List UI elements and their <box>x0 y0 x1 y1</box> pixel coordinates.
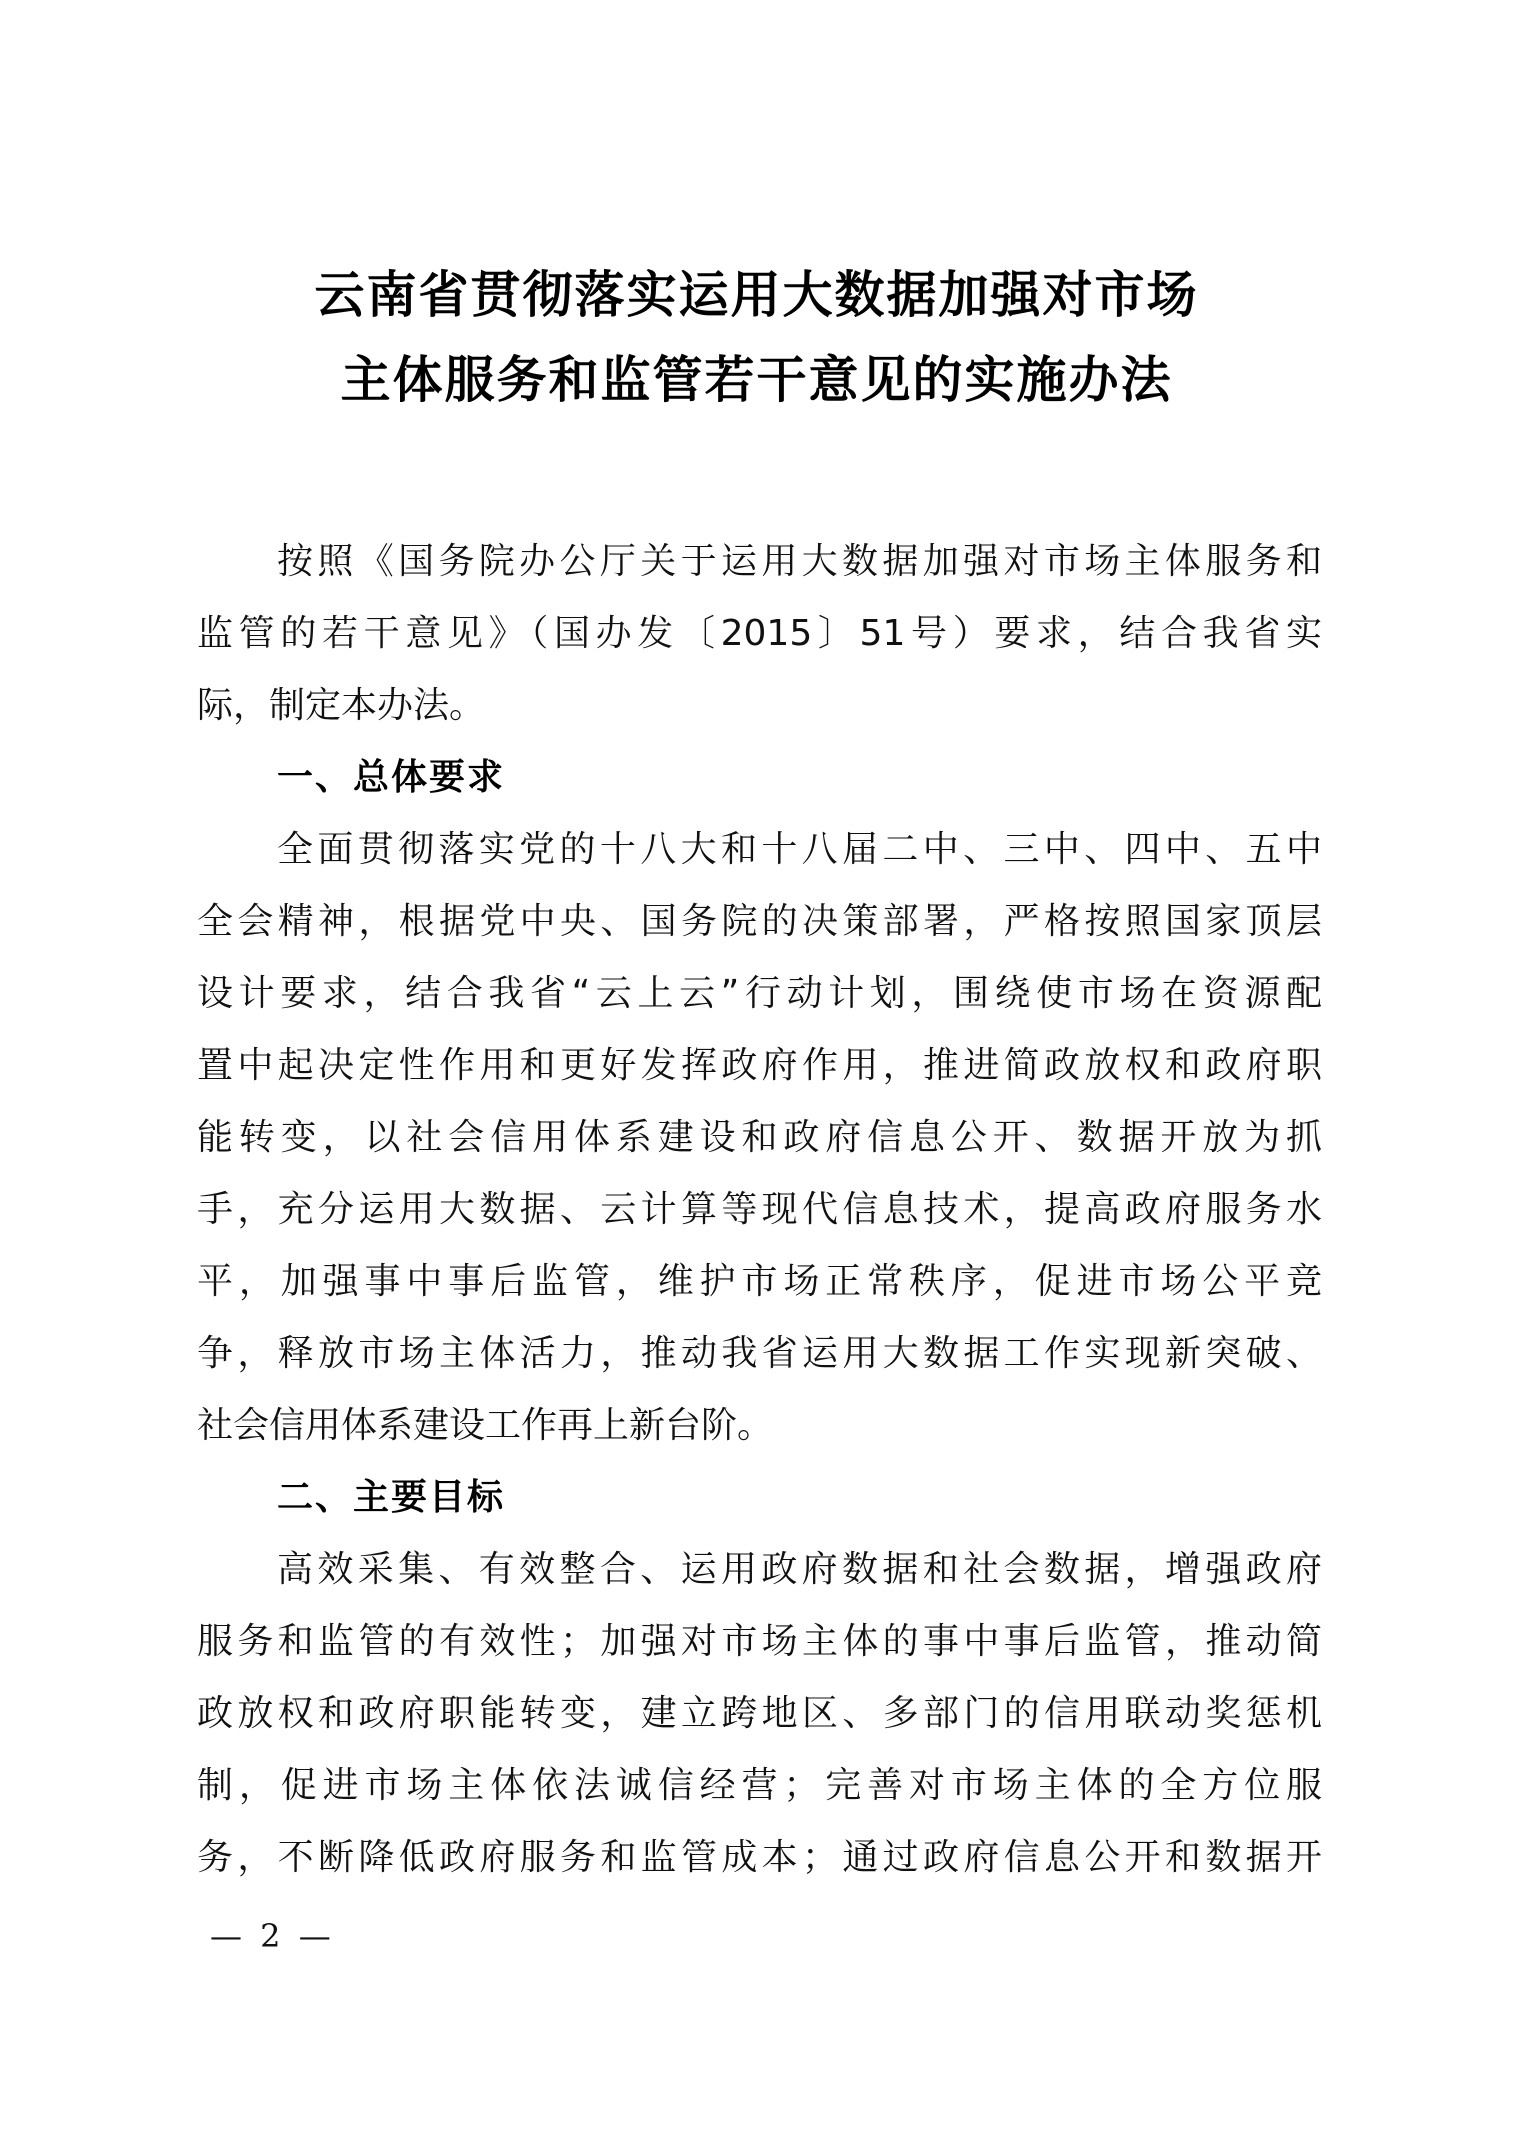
page-number: — 2 — <box>210 1917 335 1955</box>
body-line: 能转变，以社会信用体系建设和政府信息公开、数据开放为抓 <box>197 1116 1322 1160</box>
section-heading-general-requirements: 一、总体要求 <box>277 756 505 800</box>
intro-line: 按照《国务院办公厅关于运用大数据加强对市场主体服务和 <box>277 540 1322 584</box>
body-line: 服务和监管的有效性；加强对市场主体的事中事后监管，推动简 <box>197 1620 1322 1664</box>
body-line: 高效采集、有效整合、运用政府数据和社会数据，增强政府 <box>277 1548 1322 1592</box>
body-line: 争，释放市场主体活力，推动我省运用大数据工作实现新突破、 <box>197 1332 1322 1376</box>
document-title-line-2: 主体服务和监管若干意见的实施办法 <box>0 340 1513 412</box>
body-line: 全面贯彻落实党的十八大和十八届二中、三中、四中、五中 <box>277 828 1322 872</box>
intro-line: 监管的若干意见》（国办发〔2015〕51号）要求，结合我省实 <box>197 612 1322 656</box>
document-title-line-1: 云南省贯彻落实运用大数据加强对市场 <box>0 255 1513 327</box>
body-line: 全会精神，根据党中央、国务院的决策部署，严格按照国家顶层 <box>197 900 1322 944</box>
body-line: 手，充分运用大数据、云计算等现代信息技术，提高政府服务水 <box>197 1188 1322 1232</box>
body-line: 社会信用体系建设工作再上新台阶。 <box>197 1404 1322 1448</box>
body-line: 平，加强事中事后监管，维护市场正常秩序，促进市场公平竞 <box>197 1260 1322 1304</box>
body-line: 务，不断降低政府服务和监管成本；通过政府信息公开和数据开 <box>197 1836 1322 1880</box>
section-heading-main-goals: 二、主要目标 <box>277 1476 505 1520</box>
intro-line: 际，制定本办法。 <box>197 684 1322 728</box>
body-line: 制，促进市场主体依法诚信经营；完善对市场主体的全方位服 <box>197 1764 1322 1808</box>
body-line: 政放权和政府职能转变，建立跨地区、多部门的信用联动奖惩机 <box>197 1692 1322 1736</box>
document-page: 云南省贯彻落实运用大数据加强对市场 主体服务和监管若干意见的实施办法 按照《国务… <box>0 0 1513 2140</box>
body-line: 置中起决定性作用和更好发挥政府作用，推进简政放权和政府职 <box>197 1044 1322 1088</box>
body-line: 设计要求，结合我省“云上云”行动计划，围绕使市场在资源配 <box>197 972 1322 1016</box>
